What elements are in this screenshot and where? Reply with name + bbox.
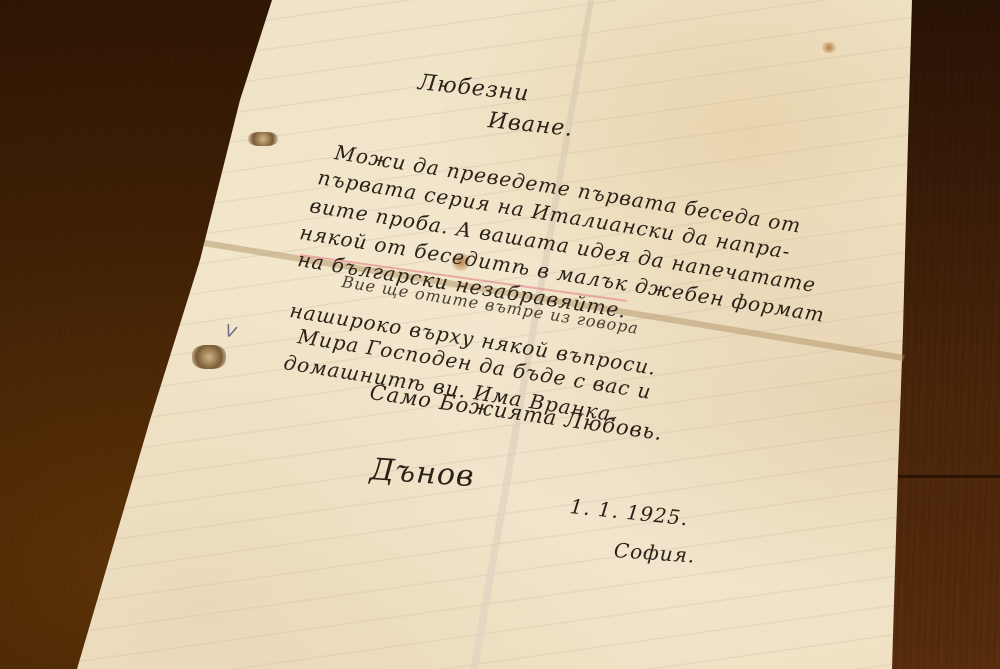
stain-top-right: [822, 42, 836, 53]
paper-hole-lower: [192, 345, 226, 369]
signature: Дънов: [369, 452, 476, 494]
table-seam: [890, 475, 1000, 478]
paper-hole-upper: [248, 132, 278, 146]
